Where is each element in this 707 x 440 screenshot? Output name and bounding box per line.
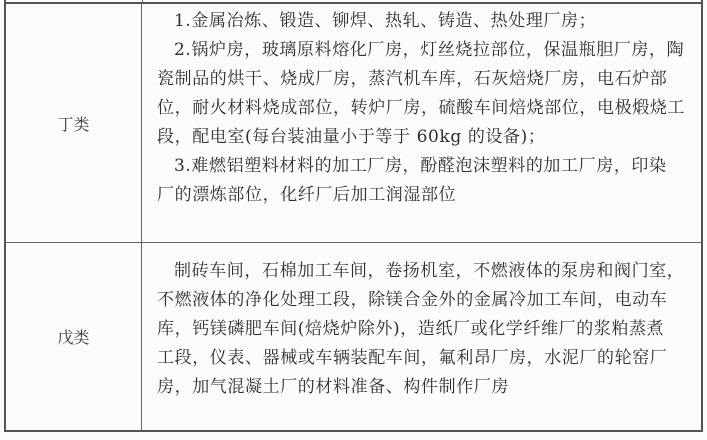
table-row-ding: 丁类 1.金属冶炼、锻造、铆焊、热轧、铸造、热处理厂房； 2.锅炉房，玻璃原料熔… (6, 4, 701, 243)
description-line: 1.金属冶炼、锻造、铆焊、热轧、铸造、热处理厂房； (157, 7, 689, 36)
description-cell: 1.金属冶炼、锻造、铆焊、热轧、铸造、热处理厂房； 2.锅炉房，玻璃原料熔化厂房… (143, 4, 701, 242)
description-line: 3.难燃铝塑料材料的加工厂房，酚醛泡沫塑料的加工厂房，印染 (157, 152, 689, 181)
description-line: 制砖车间，石棉加工车间，卷扬机室，不燃液体的泵房和阀门室， (157, 257, 689, 286)
description-line: 库，钙镁磷肥车间(焙烧炉除外)，造纸厂或化学纤维厂的浆粕蒸煮 (157, 315, 689, 344)
description-line: 瓷制品的烘干、烧成厂房，蒸汽机车库，石灰焙烧厂房，电石炉部 (157, 65, 689, 94)
fire-hazard-classification-table: 丁类 1.金属冶炼、锻造、铆焊、热轧、铸造、热处理厂房； 2.锅炉房，玻璃原料熔… (4, 0, 703, 432)
description-line: 段，配电室(每台装油量小于等于 60kg 的设备)； (157, 123, 689, 152)
description-line: 不燃液体的净化处理工段，除镁合金外的金属冷加工车间，电动车 (157, 286, 689, 315)
description-cell: 制砖车间，石棉加工车间，卷扬机室，不燃液体的泵房和阀门室， 不燃液体的净化处理工… (143, 243, 701, 430)
description-line: 厂的漂炼部位，化纤厂后加工润湿部位 (157, 181, 689, 210)
description-line: 房，加气混凝土厂的材料准备、构件制作厂房 (157, 373, 689, 402)
category-cell: 丁类 (6, 4, 142, 242)
category-cell: 戊类 (6, 243, 142, 430)
table-row-wu: 戊类 制砖车间，石棉加工车间，卷扬机室，不燃液体的泵房和阀门室， 不燃液体的净化… (6, 243, 701, 430)
description-line: 2.锅炉房，玻璃原料熔化厂房，灯丝烧拉部位，保温瓶胆厂房，陶 (157, 36, 689, 65)
description-line: 位，耐火材料烧成部位，转炉厂房，硫酸车间焙烧部位，电极煅烧工 (157, 94, 689, 123)
description-line: 工段，仪表、器械或车辆装配车间，氟利昂厂房，水泥厂的轮窑厂 (157, 344, 689, 373)
